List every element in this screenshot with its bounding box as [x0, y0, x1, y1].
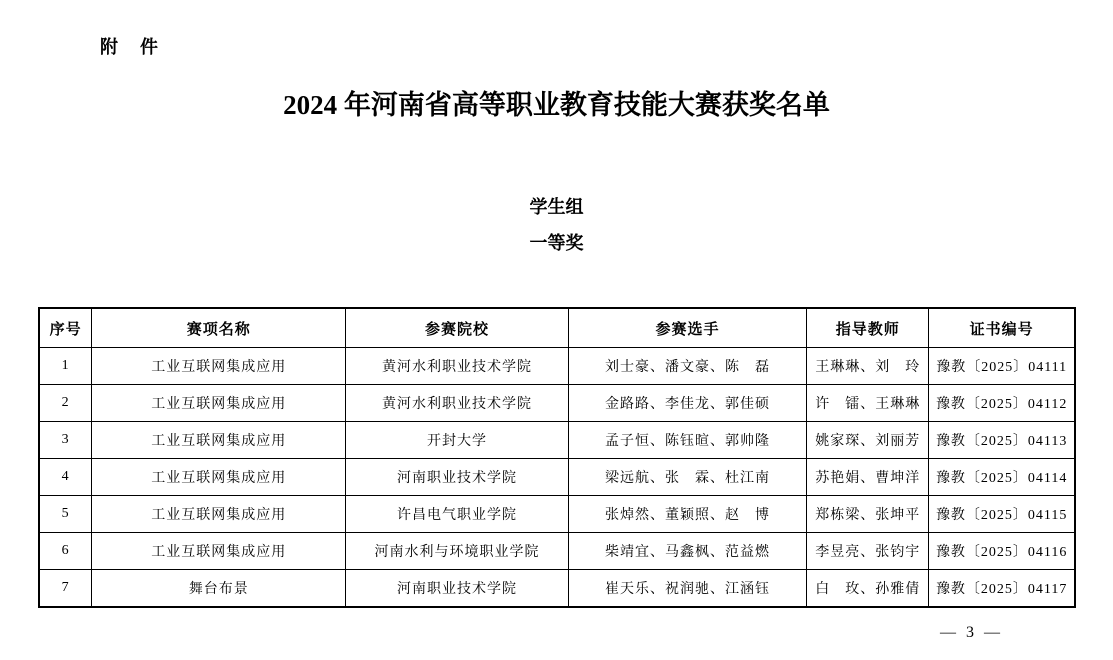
document-page: 附 件 2024 年河南省高等职业教育技能大赛获奖名单 学生组 一等奖 序号 赛… — [0, 0, 1113, 660]
table-row: 4 工业互联网集成应用 河南职业技术学院 梁远航、张 霖、杜江南 苏艳娟、曹坤洋… — [39, 459, 1075, 496]
cell-event-name: 工业互联网集成应用 — [92, 422, 346, 459]
cell-index: 7 — [39, 570, 92, 608]
cell-index: 3 — [39, 422, 92, 459]
cell-certificate-no: 豫教〔2025〕04113 — [929, 422, 1075, 459]
table-row: 2 工业互联网集成应用 黄河水利职业技术学院 金路路、李佳龙、郭佳硕 许 镭、王… — [39, 385, 1075, 422]
header-event-name: 赛项名称 — [92, 308, 346, 348]
page-number: — 3 — — [940, 624, 1003, 642]
table-header-row: 序号 赛项名称 参赛院校 参赛选手 指导教师 证书编号 — [39, 308, 1075, 348]
cell-certificate-no: 豫教〔2025〕04115 — [929, 496, 1075, 533]
award-table: 序号 赛项名称 参赛院校 参赛选手 指导教师 证书编号 1 工业互联网集成应用 … — [38, 307, 1076, 608]
header-instructors: 指导教师 — [807, 308, 929, 348]
cell-contestants: 孟子恒、陈钰暄、郭帅隆 — [568, 422, 806, 459]
cell-contestants: 柴靖宜、马鑫枫、范益燃 — [568, 533, 806, 570]
cell-index: 1 — [39, 348, 92, 385]
cell-instructors: 姚家琛、刘丽芳 — [807, 422, 929, 459]
cell-institution: 黄河水利职业技术学院 — [346, 385, 569, 422]
cell-instructors: 苏艳娟、曹坤洋 — [807, 459, 929, 496]
cell-instructors: 李昱亮、张钧宇 — [807, 533, 929, 570]
cell-contestants: 金路路、李佳龙、郭佳硕 — [568, 385, 806, 422]
cell-event-name: 舞台布景 — [92, 570, 346, 608]
cell-instructors: 郑栋梁、张坤平 — [807, 496, 929, 533]
group-label: 学生组 — [0, 193, 1113, 219]
cell-index: 6 — [39, 533, 92, 570]
cell-index: 5 — [39, 496, 92, 533]
table-row: 3 工业互联网集成应用 开封大学 孟子恒、陈钰暄、郭帅隆 姚家琛、刘丽芳 豫教〔… — [39, 422, 1075, 459]
cell-institution: 河南职业技术学院 — [346, 459, 569, 496]
cell-institution: 河南水利与环境职业学院 — [346, 533, 569, 570]
cell-instructors: 许 镭、王琳琳 — [807, 385, 929, 422]
header-institution: 参赛院校 — [346, 308, 569, 348]
header-certificate-no: 证书编号 — [929, 308, 1075, 348]
cell-institution: 河南职业技术学院 — [346, 570, 569, 608]
cell-certificate-no: 豫教〔2025〕04111 — [929, 348, 1075, 385]
attachment-label: 附 件 — [100, 33, 160, 59]
cell-certificate-no: 豫教〔2025〕04114 — [929, 459, 1075, 496]
cell-instructors: 白 玫、孙雅倩 — [807, 570, 929, 608]
cell-institution: 开封大学 — [346, 422, 569, 459]
cell-certificate-no: 豫教〔2025〕04112 — [929, 385, 1075, 422]
cell-instructors: 王琳琳、刘 玲 — [807, 348, 929, 385]
cell-institution: 黄河水利职业技术学院 — [346, 348, 569, 385]
cell-event-name: 工业互联网集成应用 — [92, 459, 346, 496]
cell-index: 4 — [39, 459, 92, 496]
cell-event-name: 工业互联网集成应用 — [92, 496, 346, 533]
cell-contestants: 刘士豪、潘文豪、陈 磊 — [568, 348, 806, 385]
cell-certificate-no: 豫教〔2025〕04117 — [929, 570, 1075, 608]
cell-certificate-no: 豫教〔2025〕04116 — [929, 533, 1075, 570]
page-title: 2024 年河南省高等职业教育技能大赛获奖名单 — [0, 83, 1113, 122]
header-contestants: 参赛选手 — [568, 308, 806, 348]
table-row: 5 工业互联网集成应用 许昌电气职业学院 张焯然、董颖照、赵 博 郑栋梁、张坤平… — [39, 496, 1075, 533]
cell-event-name: 工业互联网集成应用 — [92, 533, 346, 570]
cell-event-name: 工业互联网集成应用 — [92, 348, 346, 385]
cell-contestants: 梁远航、张 霖、杜江南 — [568, 459, 806, 496]
cell-event-name: 工业互联网集成应用 — [92, 385, 346, 422]
cell-institution: 许昌电气职业学院 — [346, 496, 569, 533]
cell-index: 2 — [39, 385, 92, 422]
table-row: 6 工业互联网集成应用 河南水利与环境职业学院 柴靖宜、马鑫枫、范益燃 李昱亮、… — [39, 533, 1075, 570]
header-index: 序号 — [39, 308, 92, 348]
table-row: 1 工业互联网集成应用 黄河水利职业技术学院 刘士豪、潘文豪、陈 磊 王琳琳、刘… — [39, 348, 1075, 385]
table-row: 7 舞台布景 河南职业技术学院 崔天乐、祝润驰、江涵钰 白 玫、孙雅倩 豫教〔2… — [39, 570, 1075, 608]
cell-contestants: 张焯然、董颖照、赵 博 — [568, 496, 806, 533]
cell-contestants: 崔天乐、祝润驰、江涵钰 — [568, 570, 806, 608]
award-level-label: 一等奖 — [0, 229, 1113, 255]
